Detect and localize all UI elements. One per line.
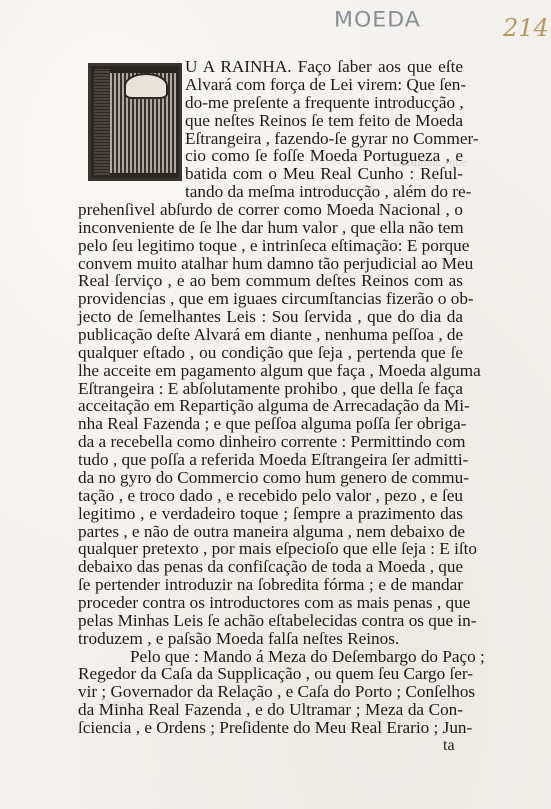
folio-number: 214 xyxy=(503,14,549,42)
document-page: MOEDA 214 Dominios , que Dono E U A RAIN… xyxy=(0,0,551,809)
initial-letter: E xyxy=(88,47,182,187)
text-line: ſciencia , e Ordens ; Preſidente do Meu … xyxy=(78,718,463,738)
ornamental-initial-icon: E xyxy=(88,63,182,181)
catchword: ta xyxy=(443,736,455,756)
handwritten-annotation: MOEDA xyxy=(334,9,421,33)
